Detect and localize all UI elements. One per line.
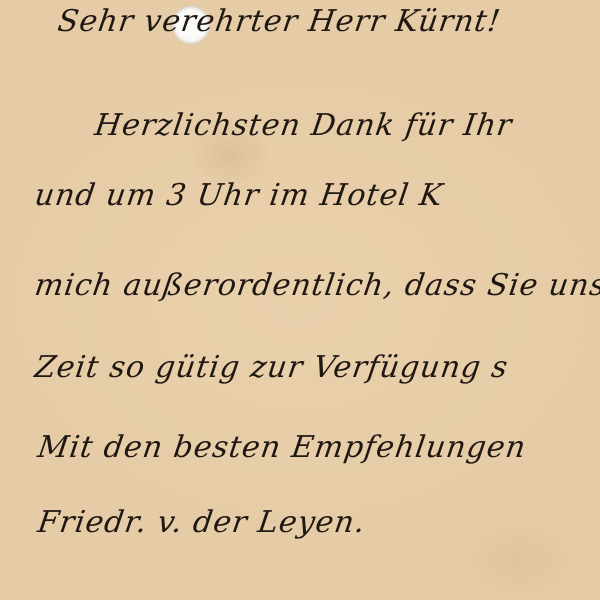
body-line-3: mich außerordentlich, dass Sie uns bbox=[33, 268, 600, 303]
salutation-line: Sehr verehrter Herr Kürnt! bbox=[56, 4, 504, 39]
signature: Friedr. v. der Leyen. bbox=[36, 505, 368, 540]
body-line-4: Zeit so gütig zur Verfügung s bbox=[33, 350, 511, 385]
body-line-1: Herzlichsten Dank für Ihr bbox=[93, 108, 515, 143]
body-line-2: und um 3 Uhr im Hotel K bbox=[33, 178, 446, 213]
closing-line: Mit den besten Empfehlungen bbox=[36, 430, 529, 465]
